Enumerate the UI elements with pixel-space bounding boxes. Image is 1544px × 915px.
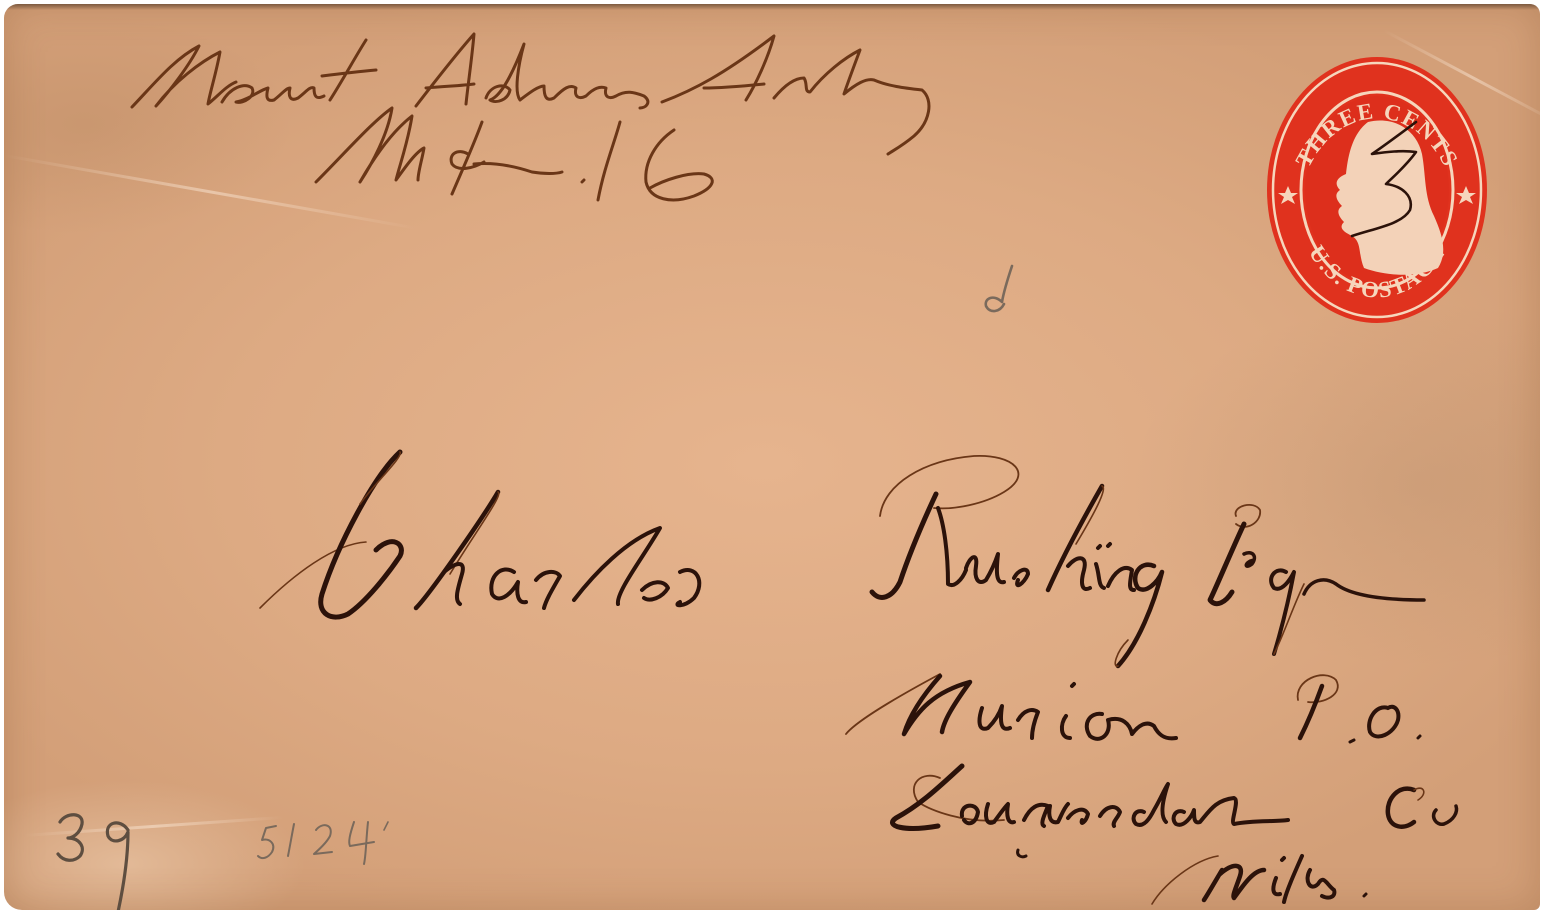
scan-canvas: Mount Adams Ark Mch 16 d THREE CENTS bbox=[0, 0, 1544, 915]
envelope: Mount Adams Ark Mch 16 d THREE CENTS bbox=[4, 4, 1540, 910]
pencil-notes-lower-left bbox=[4, 4, 1540, 910]
